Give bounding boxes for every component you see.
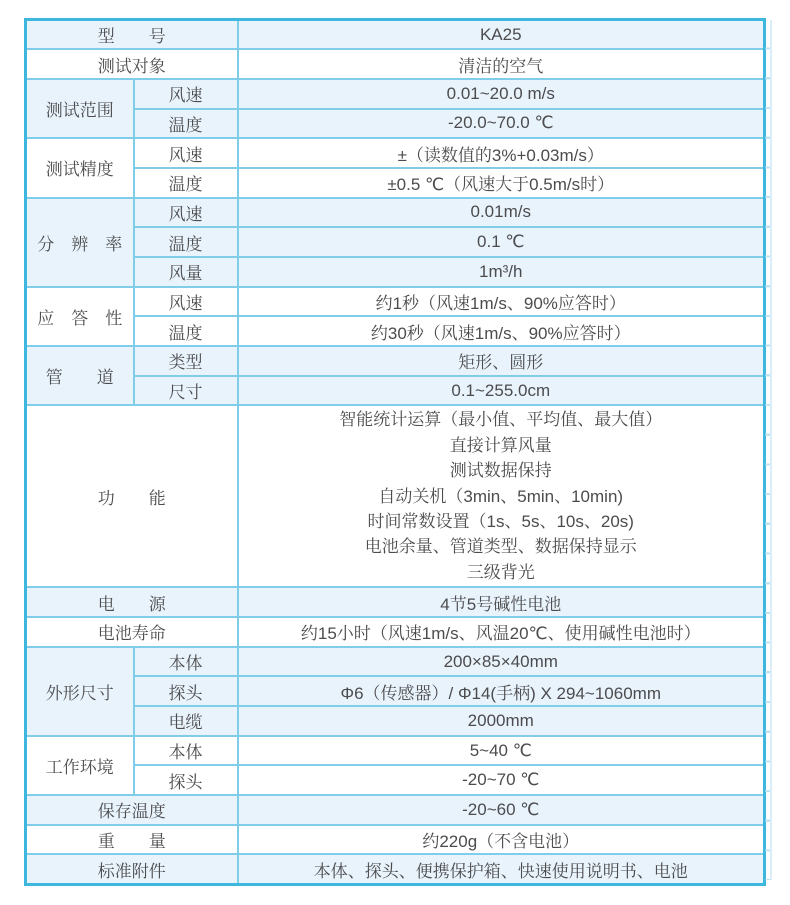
test-range-windspeed-value: 0.01~20.0 m/s bbox=[238, 79, 765, 109]
accuracy-windspeed-sublabel: 风速 bbox=[134, 138, 238, 168]
table-row: 型 号 KA25 bbox=[26, 20, 765, 50]
duct-type-value: 矩形、圆形 bbox=[238, 346, 765, 376]
battery-life-label: 电池寿命 bbox=[26, 617, 238, 647]
product-spec-table: 型 号 KA25 测试对象 清洁的空气 测试范围 风速 0.01~20.0 m/… bbox=[24, 18, 766, 886]
duct-size-sublabel: 尺寸 bbox=[134, 376, 238, 406]
duct-size-value: 0.1~255.0cm bbox=[238, 376, 765, 406]
dimensions-cable-sublabel: 电缆 bbox=[134, 706, 238, 736]
feature-line: 时间常数设置（1s、5s、10s、20s) bbox=[243, 509, 760, 534]
accuracy-temperature-sublabel: 温度 bbox=[134, 168, 238, 198]
accessories-value: 本体、探头、便携保护箱、快速使用说明书、电池 bbox=[238, 854, 765, 884]
features-label: 功 能 bbox=[26, 405, 238, 587]
duct-type-sublabel: 类型 bbox=[134, 346, 238, 376]
table-row: 尺寸 0.1~255.0cm bbox=[26, 376, 765, 406]
test-range-group-label: 测试范围 bbox=[26, 79, 134, 138]
table-row: 温度 约30秒（风速1m/s、90%应答时） bbox=[26, 316, 765, 346]
model-value: KA25 bbox=[238, 20, 765, 50]
dimensions-probe-sublabel: 探头 bbox=[134, 676, 238, 706]
accessories-label: 标准附件 bbox=[26, 854, 238, 884]
operating-env-probe-sublabel: 探头 bbox=[134, 765, 238, 795]
table-row: 管 道 类型 矩形、圆形 bbox=[26, 346, 765, 376]
battery-life-value: 约15小时（风速1m/s、风温20℃、使用碱性电池时） bbox=[238, 617, 765, 647]
table-edge-artifact bbox=[765, 20, 772, 880]
resolution-group-label: 分 辨 率 bbox=[26, 198, 134, 287]
resolution-airflow-value: 1m³/h bbox=[238, 257, 765, 287]
model-label: 型 号 bbox=[26, 20, 238, 50]
response-windspeed-sublabel: 风速 bbox=[134, 287, 238, 317]
feature-line: 测试数据保持 bbox=[243, 458, 760, 483]
resolution-windspeed-sublabel: 风速 bbox=[134, 198, 238, 228]
dimensions-group-label: 外形尺寸 bbox=[26, 647, 134, 736]
weight-label: 重 量 bbox=[26, 825, 238, 855]
test-range-temperature-value: -20.0~70.0 ℃ bbox=[238, 109, 765, 139]
feature-line: 直接计算风量 bbox=[243, 433, 760, 458]
table-row: 温度 -20.0~70.0 ℃ bbox=[26, 109, 765, 139]
feature-line: 自动关机（3min、5min、10min) bbox=[243, 484, 760, 509]
table-row: 电池寿命 约15小时（风速1m/s、风温20℃、使用碱性电池时） bbox=[26, 617, 765, 647]
operating-env-body-value: 5~40 ℃ bbox=[238, 736, 765, 766]
feature-line: 智能统计运算（最小值、平均值、最大值） bbox=[243, 407, 760, 432]
table-row: 重 量 约220g（不含电池） bbox=[26, 825, 765, 855]
table-row: 探头 -20~70 ℃ bbox=[26, 765, 765, 795]
table-row: 温度 ±0.5 ℃（风速大于0.5m/s时） bbox=[26, 168, 765, 198]
power-value: 4节5号碱性电池 bbox=[238, 587, 765, 617]
table-row: 风量 1m³/h bbox=[26, 257, 765, 287]
storage-temp-value: -20~60 ℃ bbox=[238, 795, 765, 825]
test-range-temperature-sublabel: 温度 bbox=[134, 109, 238, 139]
table-row: 探头 Φ6（传感器）/ Φ14(手柄) X 294~1060mm bbox=[26, 676, 765, 706]
operating-env-body-sublabel: 本体 bbox=[134, 736, 238, 766]
table-row: 功 能 智能统计运算（最小值、平均值、最大值） 直接计算风量 测试数据保持 自动… bbox=[26, 405, 765, 587]
table-row: 保存温度 -20~60 ℃ bbox=[26, 795, 765, 825]
feature-line: 三级背光 bbox=[243, 560, 760, 585]
table-row: 标准附件 本体、探头、便携保护箱、快速使用说明书、电池 bbox=[26, 854, 765, 884]
test-object-value: 清洁的空气 bbox=[238, 49, 765, 79]
table-row: 电 源 4节5号碱性电池 bbox=[26, 587, 765, 617]
test-range-windspeed-sublabel: 风速 bbox=[134, 79, 238, 109]
resolution-windspeed-value: 0.01m/s bbox=[238, 198, 765, 228]
table-row: 测试精度 风速 ±（读数值的3%+0.03m/s） bbox=[26, 138, 765, 168]
features-value: 智能统计运算（最小值、平均值、最大值） 直接计算风量 测试数据保持 自动关机（3… bbox=[238, 405, 765, 587]
dimensions-body-sublabel: 本体 bbox=[134, 647, 238, 677]
accuracy-group-label: 测试精度 bbox=[26, 138, 134, 197]
table-row: 工作环境 本体 5~40 ℃ bbox=[26, 736, 765, 766]
storage-temp-label: 保存温度 bbox=[26, 795, 238, 825]
dimensions-probe-value: Φ6（传感器）/ Φ14(手柄) X 294~1060mm bbox=[238, 676, 765, 706]
operating-env-group-label: 工作环境 bbox=[26, 736, 134, 795]
accuracy-temperature-value: ±0.5 ℃（风速大于0.5m/s时） bbox=[238, 168, 765, 198]
weight-value: 约220g（不含电池） bbox=[238, 825, 765, 855]
dimensions-body-value: 200×85×40mm bbox=[238, 647, 765, 677]
table-row: 外形尺寸 本体 200×85×40mm bbox=[26, 647, 765, 677]
response-temperature-sublabel: 温度 bbox=[134, 316, 238, 346]
table-row: 测试范围 风速 0.01~20.0 m/s bbox=[26, 79, 765, 109]
table-row: 测试对象 清洁的空气 bbox=[26, 49, 765, 79]
table-row: 分 辨 率 风速 0.01m/s bbox=[26, 198, 765, 228]
accuracy-windspeed-value: ±（读数值的3%+0.03m/s） bbox=[238, 138, 765, 168]
table-row: 温度 0.1 ℃ bbox=[26, 227, 765, 257]
feature-line: 电池余量、管道类型、数据保持显示 bbox=[243, 534, 760, 559]
resolution-temperature-sublabel: 温度 bbox=[134, 227, 238, 257]
duct-group-label: 管 道 bbox=[26, 346, 134, 405]
table-row: 应 答 性 风速 约1秒（风速1m/s、90%应答时） bbox=[26, 287, 765, 317]
spec-sheet-page: 型 号 KA25 测试对象 清洁的空气 测试范围 风速 0.01~20.0 m/… bbox=[0, 0, 790, 905]
dimensions-cable-value: 2000mm bbox=[238, 706, 765, 736]
table-row: 电缆 2000mm bbox=[26, 706, 765, 736]
response-group-label: 应 答 性 bbox=[26, 287, 134, 346]
response-windspeed-value: 约1秒（风速1m/s、90%应答时） bbox=[238, 287, 765, 317]
power-label: 电 源 bbox=[26, 587, 238, 617]
spec-table: 型 号 KA25 测试对象 清洁的空气 测试范围 风速 0.01~20.0 m/… bbox=[24, 18, 763, 886]
response-temperature-value: 约30秒（风速1m/s、90%应答时） bbox=[238, 316, 765, 346]
resolution-temperature-value: 0.1 ℃ bbox=[238, 227, 765, 257]
operating-env-probe-value: -20~70 ℃ bbox=[238, 765, 765, 795]
resolution-airflow-sublabel: 风量 bbox=[134, 257, 238, 287]
test-object-label: 测试对象 bbox=[26, 49, 238, 79]
